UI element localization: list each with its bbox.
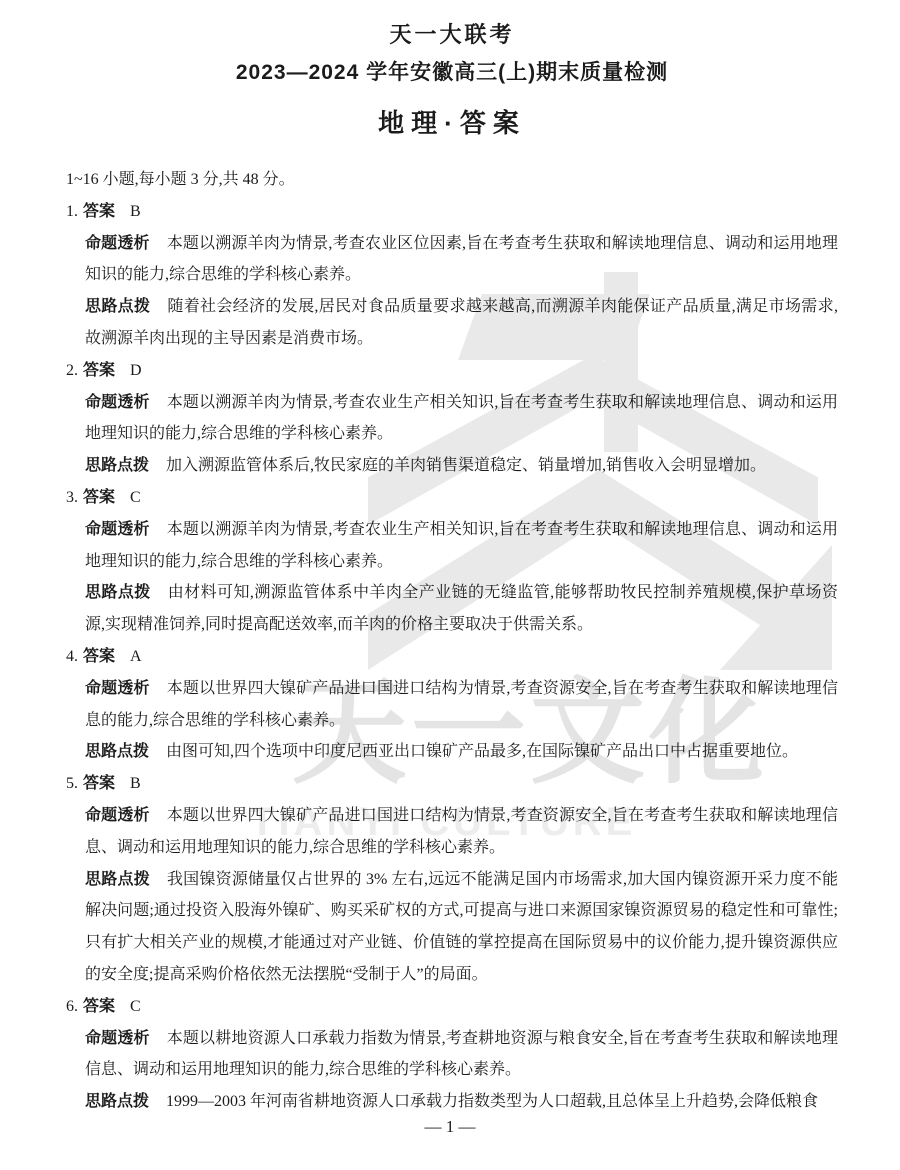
tips-text: 由材料可知,溯源监管体系中羊肉全产业链的无缝监管,能够帮助牧民控制养殖规模,保护… (85, 584, 838, 633)
analysis-text: 本题以世界四大镍矿产品进口国进口结构为情景,考查资源安全,旨在考查考生获取和解读… (85, 680, 838, 729)
question-item: 4.答案A 命题透析本题以世界四大镍矿产品进口国进口结构为情景,考查资源安全,旨… (66, 641, 838, 768)
question-number: 6. (66, 998, 78, 1015)
tips-text: 1999—2003 年河南省耕地资源人口承载力指数类型为人口超载,且总体呈上升趋… (166, 1093, 818, 1110)
analysis-paragraph: 命题透析本题以溯源羊肉为情景,考查农业区位因素,旨在考查考生获取和解读地理信息、… (66, 228, 838, 292)
exam-answer-sheet-page: 天一文化 TIANYI CULTURE 天一大联考 2023—2024 学年安徽… (0, 0, 900, 1170)
analysis-label: 命题透析 (85, 235, 150, 252)
analysis-paragraph: 命题透析本题以世界四大镍矿产品进口国进口结构为情景,考查资源安全,旨在考查考生获… (66, 673, 838, 737)
analysis-label: 命题透析 (85, 680, 150, 697)
answer-letter: C (130, 489, 141, 506)
analysis-label: 命题透析 (85, 394, 150, 411)
analysis-text: 本题以溯源羊肉为情景,考查农业区位因素,旨在考查考生获取和解读地理信息、调动和运… (85, 235, 838, 284)
tips-paragraph: 思路点拨由图可知,四个选项中印度尼西亚出口镍矿产品最多,在国际镍矿产品出口中占据… (66, 736, 838, 768)
tips-text: 随着社会经济的发展,居民对食品质量要求越来越高,而溯源羊肉能保证产品质量,满足市… (85, 298, 838, 347)
analysis-text: 本题以溯源羊肉为情景,考查农业生产相关知识,旨在考查考生获取和解读地理信息、调动… (85, 521, 838, 570)
document-content: 天一大联考 2023—2024 学年安徽高三(上)期末质量检测 地理·答案 1~… (66, 0, 838, 1118)
answer-label: 答案 (83, 203, 115, 220)
answer-label: 答案 (83, 775, 115, 792)
analysis-text: 本题以世界四大镍矿产品进口国进口结构为情景,考查资源安全,旨在考查考生获取和解读… (85, 807, 838, 856)
analysis-paragraph: 命题透析本题以溯源羊肉为情景,考查农业生产相关知识,旨在考查考生获取和解读地理信… (66, 387, 838, 451)
tips-label: 思路点拨 (85, 1093, 149, 1110)
analysis-label: 命题透析 (85, 1030, 150, 1047)
question-item: 1.答案B 命题透析本题以溯源羊肉为情景,考查农业区位因素,旨在考查考生获取和解… (66, 196, 838, 355)
answer-line: 5.答案B (66, 768, 838, 800)
answer-line: 4.答案A (66, 641, 838, 673)
answer-line: 1.答案B (66, 196, 838, 228)
tips-label: 思路点拨 (85, 457, 149, 474)
subject-answers-title: 地理·答案 (66, 106, 838, 140)
question-item: 3.答案C 命题透析本题以溯源羊肉为情景,考查农业生产相关知识,旨在考查考生获取… (66, 482, 838, 641)
tips-text: 我国镍资源储量仅占世界的 3% 左右,远远不能满足国内市场需求,加大国内镍资源开… (85, 871, 838, 983)
answers-list: 1.答案B 命题透析本题以溯源羊肉为情景,考查农业区位因素,旨在考查考生获取和解… (66, 196, 838, 1118)
analysis-label: 命题透析 (85, 521, 150, 538)
tips-label: 思路点拨 (85, 743, 149, 760)
tips-label: 思路点拨 (85, 298, 150, 315)
tips-label: 思路点拨 (85, 584, 151, 601)
question-number: 2. (66, 362, 78, 379)
answer-line: 2.答案D (66, 355, 838, 387)
exam-brand-title: 天一大联考 (66, 22, 838, 48)
tips-text: 加入溯源监管体系后,牧民家庭的羊肉销售渠道稳定、销量增加,销售收入会明显增加。 (166, 457, 766, 474)
analysis-text: 本题以耕地资源人口承载力指数为情景,考查耕地资源与粮食安全,旨在考查考生获取和解… (85, 1030, 838, 1079)
analysis-text: 本题以溯源羊肉为情景,考查农业生产相关知识,旨在考查考生获取和解读地理信息、调动… (85, 394, 838, 443)
question-item: 5.答案B 命题透析本题以世界四大镍矿产品进口国进口结构为情景,考查资源安全,旨… (66, 768, 838, 991)
answer-letter: B (130, 775, 141, 792)
answer-label: 答案 (83, 362, 115, 379)
answer-letter: D (130, 362, 142, 379)
page-number: — 1 — (0, 1112, 900, 1142)
analysis-label: 命题透析 (85, 807, 150, 824)
tips-paragraph: 思路点拨我国镍资源储量仅占世界的 3% 左右,远远不能满足国内市场需求,加大国内… (66, 864, 838, 991)
tips-text: 由图可知,四个选项中印度尼西亚出口镍矿产品最多,在国际镍矿产品出口中占据重要地位… (166, 743, 798, 760)
answer-label: 答案 (83, 648, 115, 665)
answer-line: 3.答案C (66, 482, 838, 514)
answer-label: 答案 (83, 489, 115, 506)
answer-line: 6.答案C (66, 991, 838, 1023)
answer-letter: B (130, 203, 141, 220)
question-number: 5. (66, 775, 78, 792)
exam-session-title: 2023—2024 学年安徽高三(上)期末质量检测 (66, 60, 838, 86)
tips-paragraph: 思路点拨由材料可知,溯源监管体系中羊肉全产业链的无缝监管,能够帮助牧民控制养殖规… (66, 577, 838, 641)
scoring-note: 1~16 小题,每小题 3 分,共 48 分。 (66, 164, 838, 196)
analysis-paragraph: 命题透析本题以世界四大镍矿产品进口国进口结构为情景,考查资源安全,旨在考查考生获… (66, 800, 838, 864)
answer-letter: A (130, 648, 142, 665)
analysis-paragraph: 命题透析本题以溯源羊肉为情景,考查农业生产相关知识,旨在考查考生获取和解读地理信… (66, 514, 838, 578)
answer-letter: C (130, 998, 141, 1015)
tips-paragraph: 思路点拨随着社会经济的发展,居民对食品质量要求越来越高,而溯源羊肉能保证产品质量… (66, 291, 838, 355)
question-number: 3. (66, 489, 78, 506)
analysis-paragraph: 命题透析本题以耕地资源人口承载力指数为情景,考查耕地资源与粮食安全,旨在考查考生… (66, 1023, 838, 1087)
question-number: 1. (66, 203, 78, 220)
question-number: 4. (66, 648, 78, 665)
tips-paragraph: 思路点拨加入溯源监管体系后,牧民家庭的羊肉销售渠道稳定、销量增加,销售收入会明显… (66, 450, 838, 482)
tips-label: 思路点拨 (85, 871, 150, 888)
question-item: 2.答案D 命题透析本题以溯源羊肉为情景,考查农业生产相关知识,旨在考查考生获取… (66, 355, 838, 482)
question-item: 6.答案C 命题透析本题以耕地资源人口承载力指数为情景,考查耕地资源与粮食安全,… (66, 991, 838, 1118)
answer-label: 答案 (83, 998, 115, 1015)
